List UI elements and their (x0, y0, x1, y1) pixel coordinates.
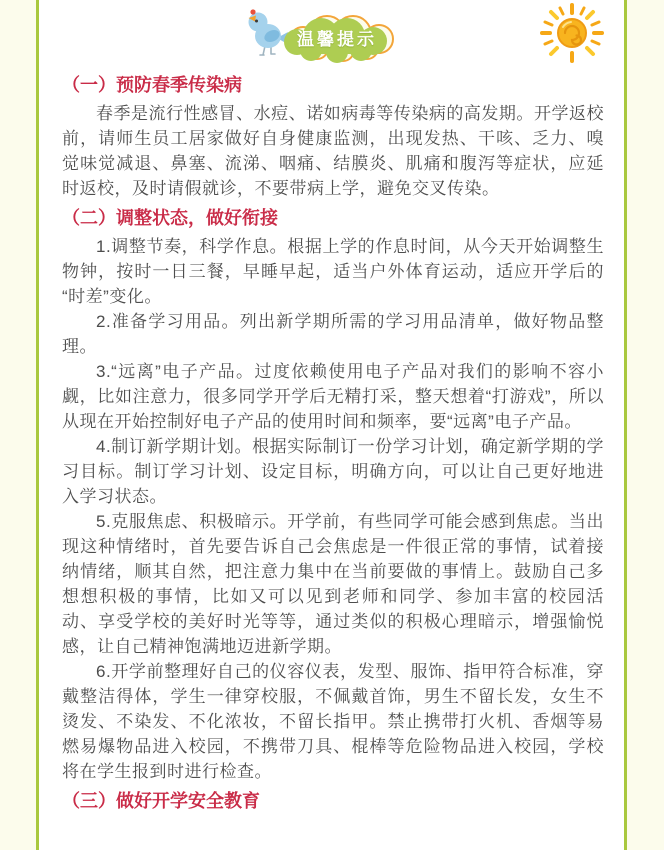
paragraph-prepare-supplies: 2.准备学习用品。列出新学期所需的学习用品清单，做好物品整理。 (62, 309, 604, 359)
header: 温馨提示 (39, 0, 624, 66)
section-heading-1: （一）预防春季传染病 (62, 72, 604, 98)
content-panel: 温馨提示 (36, 0, 627, 850)
tips-badge: 温馨提示 (281, 12, 403, 64)
badge-label: 温馨提示 (281, 25, 393, 50)
notice-body: （一）预防春季传染病 春季是流行性感冒、水痘、诺如病毒等传染病的高发期。开学返校… (39, 66, 624, 814)
section-heading-2: （二）调整状态，做好衔接 (62, 205, 604, 231)
section-heading-3: （三）做好开学安全教育 (62, 788, 604, 814)
paragraph-appearance-rules: 6.开学前整理好自己的仪容仪表，发型、服饰、指甲符合标准，穿戴整洁得体，学生一律… (62, 659, 604, 784)
paragraph-disease-prevention: 春季是流行性感冒、水痘、诺如病毒等传染病的高发期。开学返校前，请师生员工居家做好… (62, 101, 604, 201)
paragraph-overcome-anxiety: 5.克服焦虑、积极暗示。开学前，有些同学可能会感到焦虑。当出现这种情绪时，首先要… (62, 509, 604, 659)
paragraph-away-from-electronics: 3.“远离”电子产品。过度依赖使用电子产品对我们的影响不容小觑，比如注意力，很多… (62, 359, 604, 434)
sun-icon (537, 0, 607, 66)
paragraph-adjust-rhythm: 1.调整节奏，科学作息。根据上学的作息时间，从今天开始调整生物钟，按时一日三餐，… (62, 234, 604, 309)
paragraph-new-term-plan: 4.制订新学期计划。根据实际制订一份学习计划，确定新学期的学习目标。制订学习计划… (62, 434, 604, 509)
